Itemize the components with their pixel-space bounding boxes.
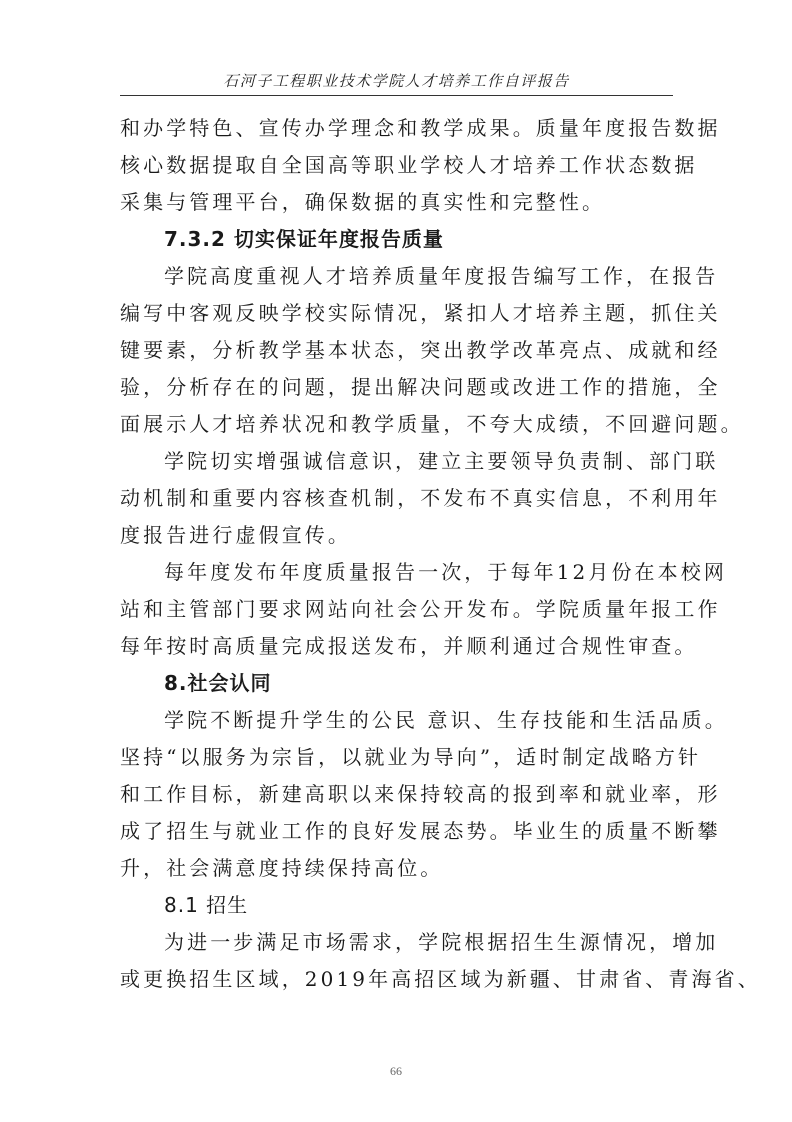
body-line: 面展示人才培养状况和教学质量，不夸大成绩，不回避问题。 xyxy=(120,406,675,443)
body-line: 验，分析存在的问题，提出解决问题或改进工作的措施，全 xyxy=(120,369,675,406)
body-line: 核心数据提取自全国高等职业学校人才培养工作状态数据 xyxy=(120,147,675,184)
page-number: 66 xyxy=(0,1064,792,1079)
document-body: 和办学特色、宣传办学理念和教学成果。质量年度报告数据 核心数据提取自全国高等职业… xyxy=(120,110,675,998)
header-divider xyxy=(120,95,673,96)
body-line: 或更换招生区域，2019年高招区域为新疆、甘肃省、青海省、 xyxy=(120,961,675,998)
section-heading-8: 8.社会认同 xyxy=(120,665,675,702)
body-line: 度报告进行虚假宣传。 xyxy=(120,517,675,554)
body-line: 和办学特色、宣传办学理念和教学成果。质量年度报告数据 xyxy=(120,110,675,147)
body-line: 升，社会满意度持续保持高位。 xyxy=(120,850,675,887)
section-heading-8-1: 8.1 招生 xyxy=(120,887,675,924)
body-line: 和工作目标，新建高职以来保持较高的报到率和就业率，形 xyxy=(120,776,675,813)
body-line: 每年按时高质量完成报送发布，并顺利通过合规性审查。 xyxy=(120,628,675,665)
body-line: 成了招生与就业工作的良好发展态势。毕业生的质量不断攀 xyxy=(120,813,675,850)
paragraph-start: 为进一步满足市场需求，学院根据招生生源情况，增加 xyxy=(120,924,675,961)
body-line: 坚持“以服务为宗旨，以就业为导向”，适时制定战略方针 xyxy=(120,739,675,776)
body-line: 站和主管部门要求网站向社会公开发布。学院质量年报工作 xyxy=(120,591,675,628)
paragraph-start: 学院不断提升学生的公民 意识、生存技能和生活品质。 xyxy=(120,702,675,739)
body-line: 采集与管理平台，确保数据的真实性和完整性。 xyxy=(120,184,675,221)
document-title: 石河子工程职业技术学院人才培养工作自评报告 xyxy=(120,70,673,91)
paragraph-start: 每年度发布年度质量报告一次，于每年12月份在本校网 xyxy=(120,554,675,591)
paragraph-start: 学院切实增强诚信意识，建立主要领导负责制、部门联 xyxy=(120,443,675,480)
body-line: 编写中客观反映学校实际情况，紧扣人才培养主题，抓住关 xyxy=(120,295,675,332)
paragraph-start: 学院高度重视人才培养质量年度报告编写工作，在报告 xyxy=(120,258,675,295)
section-heading-7-3-2: 7.3.2 切实保证年度报告质量 xyxy=(120,221,675,258)
body-line: 动机制和重要内容核查机制，不发布不真实信息，不利用年 xyxy=(120,480,675,517)
body-line: 键要素，分析教学基本状态，突出教学改革亮点、成就和经 xyxy=(120,332,675,369)
